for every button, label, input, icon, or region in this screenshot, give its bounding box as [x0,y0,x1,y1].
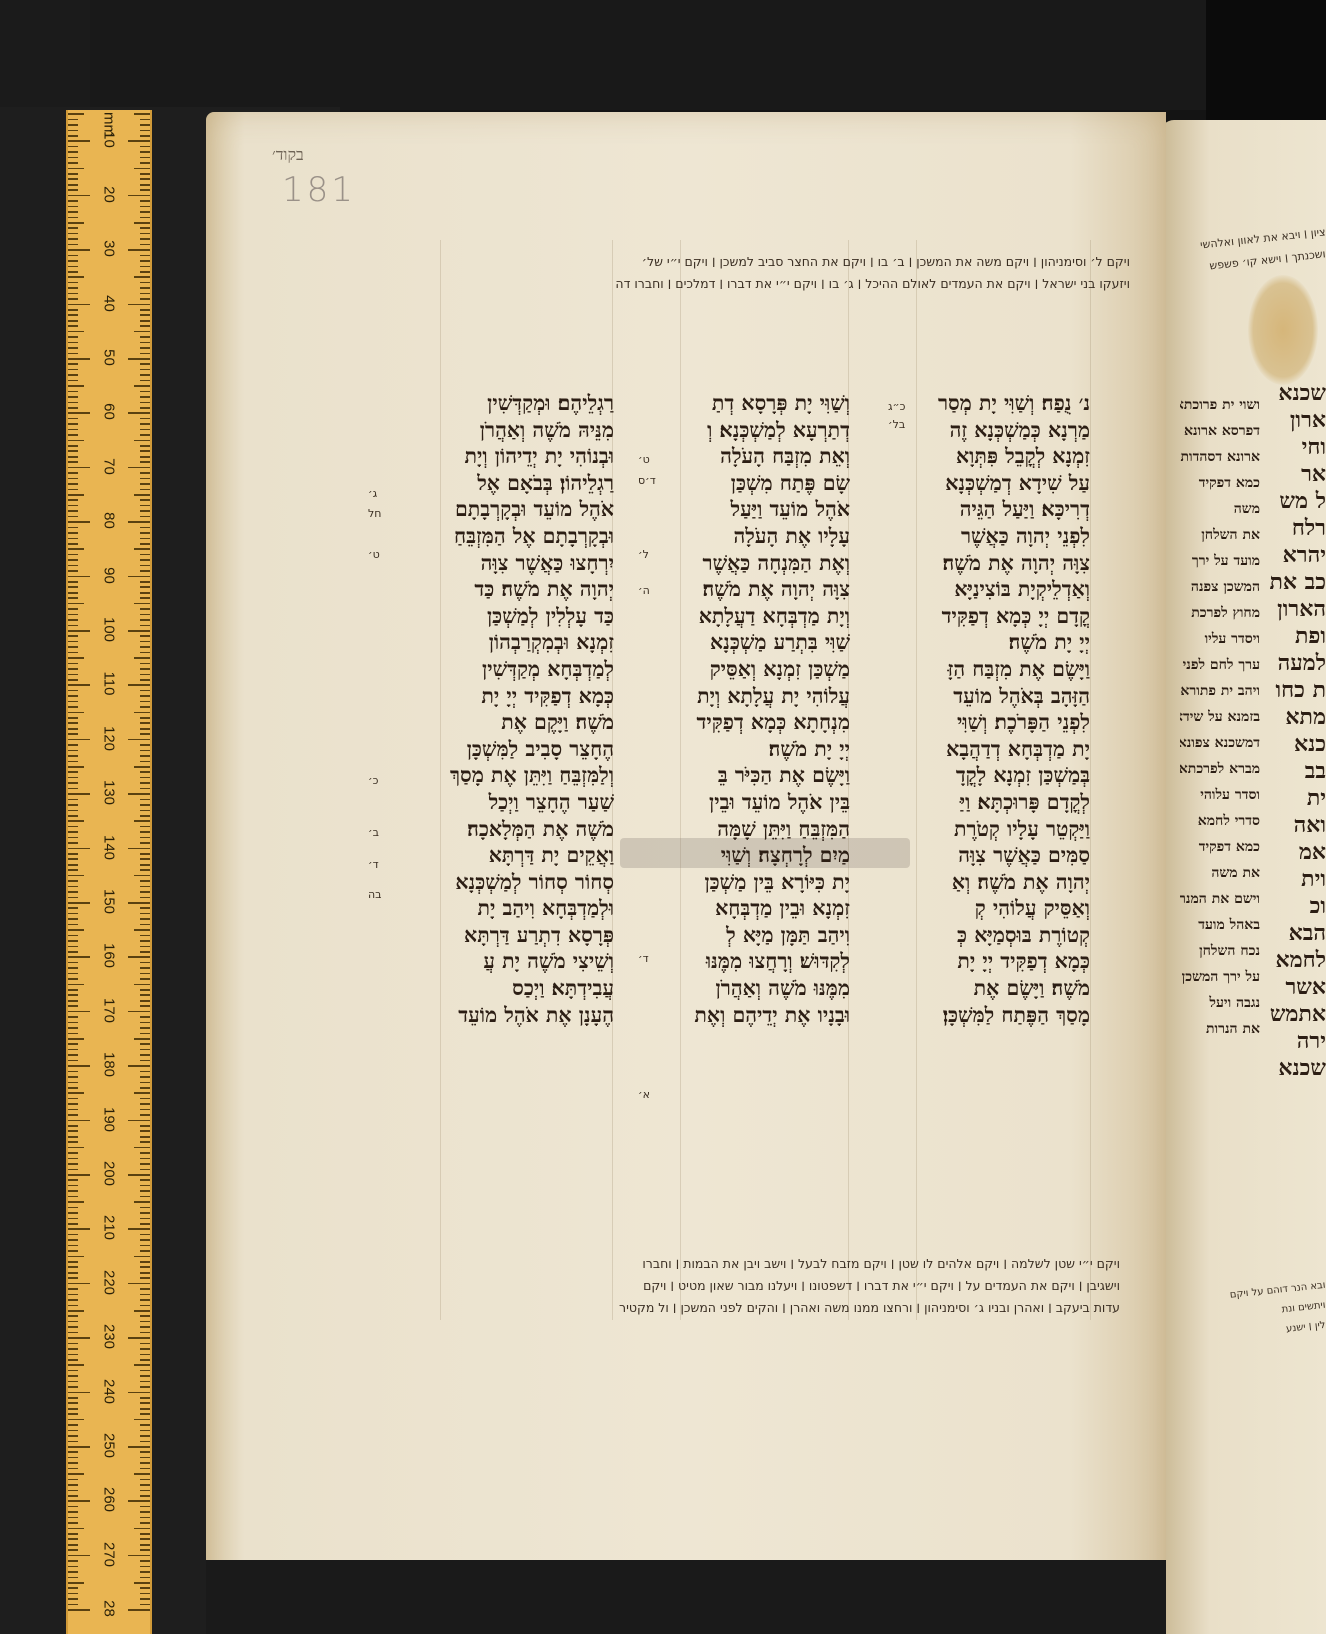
ruler-tick [68,869,78,871]
ruler-tick [68,1446,90,1448]
ruler-tick [128,1065,150,1067]
ruler-tick [140,336,150,338]
ruler-tick [140,1370,150,1372]
text-line: רַגְלֵיהֶם׃ וּמְקַדְּשִׁין [438,390,614,417]
ruler-tick [140,1218,150,1220]
ruler-tick [68,897,78,899]
ruler-tick [68,1479,78,1481]
ruler-tick [68,1266,78,1268]
text-line: וִיהַב תַּמָּן מַיָּא לְ [678,922,850,949]
ruler-tick [68,984,84,986]
ruler-tick [68,820,84,822]
text-line: הַזָּהָב בְּאֹהֶל מוֹעֵד [918,683,1090,710]
marginal-note: ג׳ [368,487,377,500]
ruler-tick [140,1082,150,1084]
text-line: מִנֵּיהּ מֹשֶׁה וְאַהֲרֹן [438,417,614,444]
ruler-tick [68,1544,78,1546]
ruler-tick [140,1305,150,1307]
ruler-tick [140,635,150,637]
ruler-tick [134,440,150,442]
ruler-tick [140,1332,150,1334]
ruler-tick [140,478,150,480]
marginal-note: כ״ג [888,400,905,413]
ruler-tick [140,1321,150,1323]
ruler-tick [128,467,150,469]
marginal-note: ט׳ [368,548,380,561]
ruler-tick [140,1087,150,1089]
ruler-tick [68,1468,78,1470]
ruler-tick [140,211,150,213]
ruler-tick [140,853,150,855]
ruler-tick [140,940,150,942]
ruler-tick [68,516,78,518]
ruler-tick [68,260,78,262]
ruler-tick [134,875,150,877]
text-line: אר [1270,461,1326,488]
ruler-tick [140,217,150,219]
ruler-tick [128,1120,150,1122]
text-line: יְהוָה אֶת מֹשֶׁה׃ וְאַ [918,869,1090,896]
ruler-tick [140,864,150,866]
ruler-tick [68,1207,78,1209]
ruler-tick [140,1169,150,1171]
ruler-tick [140,1408,150,1410]
text-line: אֹהֶל מוֹעֵד וַיַּעַל [678,496,850,523]
ruler-tick [134,929,150,931]
ruler-tick [140,967,150,969]
ruler-tick [140,1288,150,1290]
ruler-tick [140,733,150,735]
ruler-tick [68,663,78,665]
ruler-tick [68,831,78,833]
ruler-tick [140,178,150,180]
ruler-tick [68,907,78,909]
ruler-tick [128,1555,150,1557]
ruler-tick [134,385,150,387]
ruler-tick [68,1435,78,1437]
ruler-tick [140,842,150,844]
ruler-tick [68,924,78,926]
ruler-tick [68,777,78,779]
ruler-tick [140,1359,150,1361]
ruler-tick [68,1370,78,1372]
ruler-tick [140,1033,150,1035]
ruler-label: 160 [101,933,118,979]
ruler-tick [68,483,78,485]
text-line: לְקֳדָם פָּרוּכְתָּא׃ וַיַּ [918,789,1090,816]
ruler-tick [68,1598,78,1600]
ruler-tick [68,1147,84,1149]
text-line: כְּמָא דְפַקִּיד יְיָ יָת [438,683,614,710]
masorah-top-line-2: ויזעקו בני ישראל ׀ ויקם את העמדים לאולם … [440,276,1130,291]
ruler-tick [134,1364,150,1366]
text-line: מָסַךְ הַפֶּתַח לַמִּשְׁכָּן׃ [918,1002,1090,1029]
ruler-tick [68,456,78,458]
ruler-tick [140,1538,150,1540]
ruler-tick [68,826,78,828]
ruler-tick [140,380,150,382]
text-line: סְחוֹר סְחוֹר לְמַשְׁכְּנָא [438,869,614,896]
ruler-tick [68,494,84,496]
ruler-tick [68,1419,84,1421]
ruler-tick [68,733,78,735]
ruler-tick [140,837,150,839]
ruler-tick [140,826,150,828]
text-line: וְיָת מַדְבְּחָא דַעֲלָתָא [678,603,850,630]
ruler-tick [68,119,78,121]
text-line: יְיָ יָת מֹשֶׁה׃ [678,736,850,763]
text-line: יְיָ יָת מֹשֶׁה׃ [918,629,1090,656]
ruler-tick [68,570,78,572]
ruler-tick [128,1228,150,1230]
ruler-tick [68,1604,78,1606]
ruler-tick [140,157,150,159]
ruler-tick [140,897,150,899]
ruler-tick [68,309,78,311]
ruler-tick [140,233,150,235]
ruler-tick [68,532,78,534]
ruler-tick [68,793,90,795]
masorah-top-line-1: ויקם ל׳ וסימניהון ׀ ויקם משה את המשכן ׀ … [440,254,1130,269]
ruler-tick [68,576,90,578]
ruler-tick [134,1419,150,1421]
ruler-tick [140,674,150,676]
ruler-tick [68,146,78,148]
ruler-tick [140,505,150,507]
text-line: ארון [1270,407,1326,434]
ruler-tick [140,597,150,599]
facing-text-column-inner: ושוי ית פרוכתאדפרסא ארונאארונא דסהדותאכמ… [1180,392,1260,1042]
ruler-tick [140,1005,150,1007]
ruler-tick [68,1343,78,1345]
text-line: וַיַּקְטֵר עָלָיו קְטֹרֶת [918,816,1090,843]
ruler-tick [68,1087,78,1089]
ruler-tick [140,946,150,948]
ruler-tick [68,858,78,860]
marginal-note: ל׳ [638,548,649,561]
text-line: ושוי ית פרוכתא [1180,392,1260,418]
ruler-tick [68,276,84,278]
ruler-tick [68,788,78,790]
ruler-tick [140,1549,150,1551]
ruler-tick [68,1299,78,1301]
ruler-tick [140,374,150,376]
ruler-tick [128,1011,150,1013]
ruler-tick [68,1490,78,1492]
ruler-tick [68,1011,90,1013]
ruler-tick [68,1185,78,1187]
ruler-tick [68,304,90,306]
ruler-tick [68,684,90,686]
ruler-tick [68,554,78,556]
ruler-tick [68,1310,84,1312]
ruler-tick [68,1587,78,1589]
ruler-tick [140,407,150,409]
text-line: וישם את המנרה [1180,886,1260,912]
ruler-label: 50 [101,335,118,381]
ruler-tick [140,869,150,871]
ruler-tick [68,1016,78,1018]
marginal-note: ב׳ [368,826,379,839]
ruler-tick [68,178,78,180]
ruler-tick [68,521,90,523]
ruler-tick [68,369,78,371]
ruler-tick [140,1212,150,1214]
text-line: לִפְנֵי הַפָּרֹכֶת׃ וְשַׁוִּי [918,709,1090,736]
ruler-tick [140,162,150,164]
ruler-tick [140,559,150,561]
text-line: צִוָּה יְהוָה אֶת מֹשֶׁה׃ [918,550,1090,577]
text-line: את השלחן [1180,522,1260,548]
ruler-tick [140,510,150,512]
ruler-label: 20 [101,171,118,217]
ruler-tick [140,989,150,991]
text-line: ארונא דסהדותא [1180,444,1260,470]
ruler-tick [68,1305,78,1307]
ruler-tick [140,1326,150,1328]
text-line: אתמש [1270,1001,1326,1028]
ruler-tick [134,984,150,986]
ruler-tick [68,450,78,452]
ruler-tick [68,1473,84,1475]
ruler-tick [68,1364,84,1366]
ruler-tick [68,1354,78,1356]
ruler-tick [140,1560,150,1562]
text-line: באהל מועד [1180,912,1260,938]
ruler-tick [68,1392,90,1394]
ruler-tick [68,1245,78,1247]
ruler-tick [68,162,78,164]
ruler-tick [68,1250,78,1252]
ruler-tick [134,712,150,714]
ruler-tick [140,184,150,186]
folio-number: 181 [282,170,356,210]
ruler-tick [140,679,150,681]
ruler-tick [68,1261,78,1263]
ruler-tick [68,1169,78,1171]
text-column-right: נ׳ נֻפַח׃ וְשַׁוִּי יָת מְסַרמַרְנָא כְּ… [918,390,1090,1028]
background-shadow [1206,0,1326,120]
text-line: דְתַרְעָא לְמַשְׁכְּנָא׃ וְ [678,417,850,444]
ruler-tick [68,168,84,170]
ruler-tick [68,548,84,550]
ruler-tick [140,1587,150,1589]
ruler-tick [140,363,150,365]
ruler-tick [68,1609,90,1611]
text-line: מחוץ לפרכת [1180,600,1260,626]
masorah-bottom-line-3: עדות ביעקב ׀ ואהרן ובניו ג׳ וסימניהון ׀ … [420,1300,1120,1315]
ruler-tick [140,293,150,295]
ruler-tick [68,1033,78,1035]
ruler-tick [128,304,150,306]
text-line: וְאַדְלֵיקְיָת בּוֹצִינַיָּא [918,576,1090,603]
ruler-tick [140,1130,150,1132]
ruler-tick [68,848,90,850]
ruler-tick [140,565,150,567]
ruler-tick [68,429,78,431]
ruler-tick [140,570,150,572]
ruler-tick [140,1517,150,1519]
ruler-tick [68,358,90,360]
ruler-tick [128,1609,150,1611]
ruler-tick [68,363,78,365]
text-line: וַיָּשֶׂם אֶת הַכִּיֹּר בֵּ [678,762,850,789]
ruler-tick [140,1016,150,1018]
ruler-tick [140,1430,150,1432]
text-column-left: רַגְלֵיהֶם׃ וּמְקַדְּשִׁיןמִנֵּיהּ מֹשֶׁ… [438,390,614,1028]
ruler-tick [140,347,150,349]
ruler-tick [128,195,150,197]
ruler-label: 220 [101,1259,118,1305]
ruler-tick [128,140,150,142]
ruler-tick [140,771,150,773]
ruler-tick [68,864,78,866]
ruler-tick [68,538,78,540]
ruler-tick [140,309,150,311]
text-line: מועד על ירך [1180,548,1260,574]
ruler-tick [134,1201,150,1203]
text-line: הֶעָנָן אֶת אֹהֶל מוֹעֵד [438,1002,614,1029]
ruler-tick [140,396,150,398]
text-line: שכנא [1270,380,1326,407]
ruler-tick [140,722,150,724]
background-cloth-bottom [206,1560,1166,1634]
ruler-tick [68,1528,84,1530]
text-line: וית [1270,866,1326,893]
ruler-tick [128,848,150,850]
ruler-tick [140,913,150,915]
ruler-tick [140,260,150,262]
ruler-tick [140,1479,150,1481]
ruler-tick [68,641,78,643]
text-line: צִוָּה יְהוָה אֶת מֹשֶׁה׃ [678,576,850,603]
ruler-tick [140,592,150,594]
ruler-tick [140,1022,150,1024]
ruler-tick [140,586,150,588]
ruler-tick [140,1402,150,1404]
ruler-tick [140,538,150,540]
masorah-bottom-line-2: וישגיבן ׀ ויקם את העמדים על ׀ ויקם י״י א… [420,1278,1120,1293]
text-line: אֹהֶל מוֹעֵד וּבְקָרְבָתָם [438,496,614,523]
ruler-tick [140,1060,150,1062]
text-line: מֹשֶׁה׃ וַיָּקֶם אֶת [438,709,614,736]
ruler-tick [134,548,150,550]
ruler-tick [68,712,84,714]
ruler-tick [68,581,78,583]
ruler-tick [68,1109,78,1111]
ruler-tick [68,1190,78,1192]
ruler-tick [68,396,78,398]
ruler-tick [140,314,150,316]
ruler-tick [68,1043,78,1045]
text-line: ואה [1270,812,1326,839]
ruler-tick [140,646,150,648]
ruler-tick [140,402,150,404]
ruler-tick [140,1000,150,1002]
text-line: מַרְנָא כְּמַשְׁכְּנָא זֶה [918,417,1090,444]
ruler-tick [140,1533,150,1535]
text-line: וְשֵׁיצִי מֹשֶׁה יָת עֲ [438,948,614,975]
text-line: וּבְנוֹהִי יָת יְדֵיהוֹן וְיָת [438,443,614,470]
text-line: מַיִם לְרָחְצָה׃ וְשַׁוִּי [678,842,850,869]
ruler-tick [68,233,78,235]
ruler-tick [134,766,150,768]
ruler-tick [140,951,150,953]
ruler-tick [68,1538,78,1540]
ruler-tick [140,1506,150,1508]
ruler-tick [68,744,78,746]
marginal-note: בל׳ [888,418,905,431]
text-line: כַּד עָלְלִין לְמַשְׁכַּן [438,603,614,630]
ruler-tick [140,391,150,393]
ruler-tick [140,690,150,692]
ruler-tick [68,674,78,676]
ruler-tick [68,668,78,670]
ruler-tick [140,1136,150,1138]
ruler-tick [134,1092,150,1094]
ruler-tick [68,1234,78,1236]
ruler-tick [68,1288,78,1290]
ruler-tick [68,1272,78,1274]
ruler-label: 230 [101,1314,118,1360]
text-line: וּבְקָרְבָתָם אֶל הַמִּזְבֵּחַ [438,523,614,550]
ruler-tick [68,157,78,159]
ruler-tick [68,1136,78,1138]
marginal-note: ט׳ [638,453,650,466]
ruler-tick [68,728,78,730]
ruler-tick [140,1435,150,1437]
text-line: נ׳ נֻפַח׃ וְשַׁוִּי יָת מְסַר [918,390,1090,417]
ruler-tick [68,222,84,224]
ruler-tick [140,1343,150,1345]
ruler-tick [68,1179,78,1181]
ruler-tick [134,657,150,659]
text-line: וסדר עלוהי [1180,782,1260,808]
ruler-tick [128,1392,150,1394]
ruler-tick [140,788,150,790]
text-line: פְּרָסָא דִתְרַע דַּרְתָּא [438,922,614,949]
ruler-tick [140,1511,150,1513]
ruler-tick [68,1413,78,1415]
ruler-tick [68,380,78,382]
ruler-tick [68,695,78,697]
ruler-tick [140,1054,150,1056]
ruler-tick [68,1462,78,1464]
ruler-tick [140,1190,150,1192]
ruler-tick [68,967,78,969]
ruler-tick [128,1500,150,1502]
ruler-tick [68,113,84,115]
text-line: לחמא [1270,947,1326,974]
text-line: דמשכנא צפונא [1180,730,1260,756]
ruler-tick [68,1441,78,1443]
ruler-tick [140,499,150,501]
ruler-label: 80 [101,498,118,544]
text-line: יהרא [1270,542,1326,569]
ruler-tick [68,1495,78,1497]
ruler-label: 10 [101,117,118,163]
text-line: בֵּין אֹהֶל מוֹעֵד וּבֵין [678,789,850,816]
ruler-label: 28 [101,1586,118,1632]
ruler-tick [140,151,150,153]
text-line: שַׁוִּי בִּתְרַע מַשְׁכְּנָא [678,629,850,656]
text-line: מֹשֶׁה׃ וַיָּשֶׂם אֶת [918,975,1090,1002]
ruler-tick [68,1517,78,1519]
ruler-tick [68,135,78,137]
text-line: ל מש [1270,488,1326,515]
marginal-note: ה׳ [638,584,650,597]
ruler-label: 110 [101,661,118,707]
